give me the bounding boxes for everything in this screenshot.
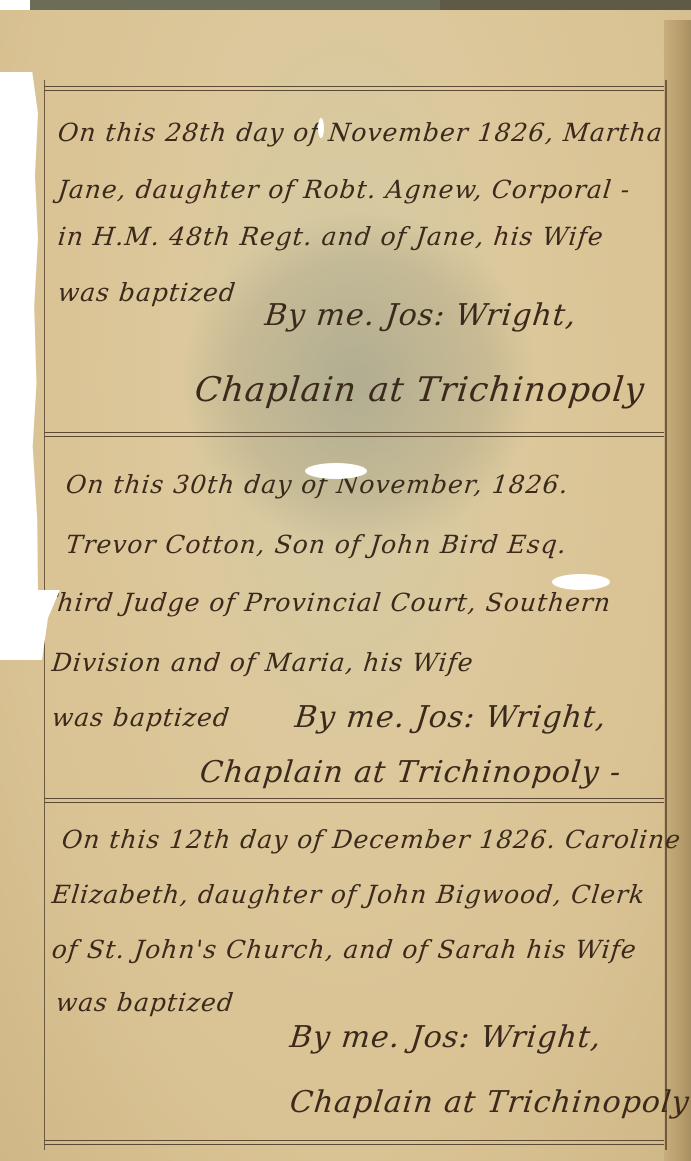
- entry-divider-2: [44, 798, 664, 803]
- entry-divider-bottom: [44, 1140, 664, 1145]
- signature: By me. Jos: Wright,: [293, 700, 608, 735]
- signature: By me. Jos: Wright,: [263, 298, 578, 333]
- signature-title: Chaplain at Trichinopoly -: [198, 755, 623, 790]
- entry-text-line: Trevor Cotton, Son of John Bird Esq.: [64, 530, 568, 559]
- entry-text-line: Jane, daughter of Robt. Agnew, Corporal …: [56, 175, 631, 204]
- entry-text-line: Division and of Maria, his Wife: [50, 648, 475, 677]
- signature-title: Chaplain at Trichinopoly: [288, 1085, 691, 1120]
- entry-text-line: was baptized: [50, 703, 231, 732]
- book-cover-edge-right: [440, 0, 691, 10]
- entry-text-line: of St. John's Church, and of Sarah his W…: [50, 935, 638, 964]
- entry-divider-1: [44, 432, 664, 437]
- paper-hole: [552, 574, 610, 590]
- entry-text-line: in H.M. 48th Regt. and of Jane, his Wife: [56, 222, 605, 251]
- signature-title: Chaplain at Trichinopoly: [193, 370, 647, 410]
- entry-text-line: Third Judge of Provincial Court, Souther…: [38, 588, 612, 617]
- page-binding-edge: [664, 20, 691, 1161]
- entry-text-line: On this 28th day of November 1826, Marth…: [56, 118, 664, 147]
- paper-hole: [305, 463, 367, 479]
- entry-divider-top: [44, 86, 664, 91]
- entry-text-line: Elizabeth, daughter of John Bigwood, Cle…: [50, 880, 646, 909]
- paper-hole: [318, 118, 324, 138]
- torn-page-edge: [0, 72, 38, 592]
- entry-text-line: was baptized: [54, 988, 235, 1017]
- entry-text-line: was baptized: [56, 278, 237, 307]
- entry-text-line: On this 12th day of December 1826. Carol…: [60, 825, 682, 854]
- signature: By me. Jos: Wright,: [288, 1020, 603, 1055]
